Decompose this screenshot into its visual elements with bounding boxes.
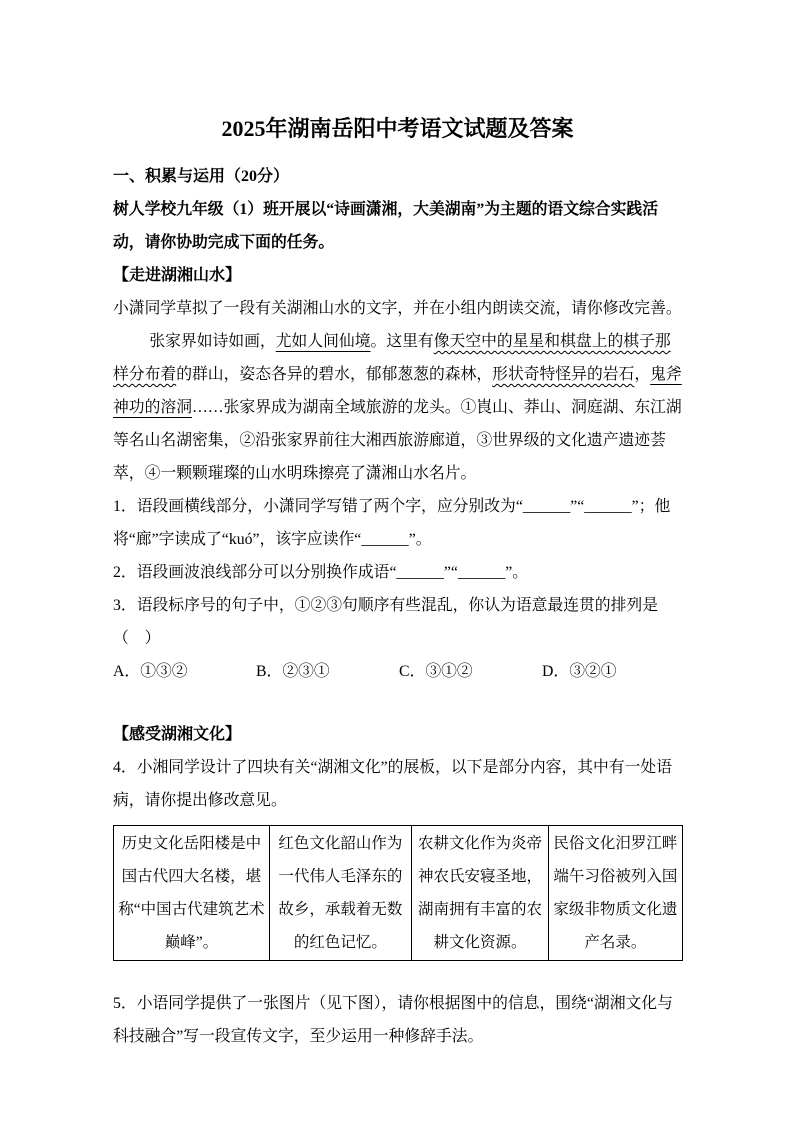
intro-paragraph: 树人学校九年级（1）班开展以“诗画潇湘，大美湖南”为主题的语文综合实践活动，请你… [113,193,682,259]
passage-segment: 张家界如诗如画， [149,333,275,350]
display-board-table: 历史文化岳阳楼是中国古代四大名楼，堪称“中国古代建筑艺术巅峰”。 红色文化韶山作… [113,825,683,961]
options-row: A．①③② B．②③① C．③①② D．③②① [113,655,682,688]
board-cell-folk-culture: 民俗文化汨罗江畔端午习俗被列入国家级非物质文化遗产名录。 [548,826,682,961]
question-1: 1．语段画横线部分，小潇同学写错了两个字，应分别改为“______”“_____… [113,490,682,556]
passage-segment: ， [634,366,650,383]
option-d: D．③②① [542,655,617,688]
question-3: 3．语段标序号的句子中，①②③句顺序有些混乱，你认为语意最连贯的排列是（ ） [113,589,682,655]
question-2: 2．语段画波浪线部分可以分别换作成语“______”“______”。 [113,556,682,589]
board-cell-farming-culture: 农耕文化作为炎帝神农氏安寝圣地，湖南拥有丰富的农耕文化资源。 [412,826,549,961]
option-c: C．③①② [399,655,542,688]
board-cell-history-culture: 历史文化岳阳楼是中国古代四大名楼，堪称“中国古代建筑艺术巅峰”。 [114,826,270,961]
part2-header: 【感受湖湘文化】 [113,718,682,751]
board-cell-red-culture: 红色文化韶山作为一代伟人毛泽东的故乡，承载着无数的红色记忆。 [269,826,411,961]
passage-segment-wavy: 形状奇特怪异的岩石 [492,366,634,383]
passage-segment: 的群山，姿态各异的碧水，郁郁葱葱的森林， [176,366,492,383]
passage-segment: 。这里有 [371,333,434,350]
part1-header: 【走进湖湘山水】 [113,259,682,292]
passage-segment: ……张家界成为湖南全域旅游的龙头。①崀山、莽山、洞庭湖、东江湖等名山名湖密集，②… [113,399,682,482]
option-b: B．②③① [256,655,399,688]
passage: 张家界如诗如画，尤如人间仙境。这里有像天空中的星星和棋盘上的棋子那样分布着的群山… [113,325,682,490]
table-row: 历史文化岳阳楼是中国古代四大名楼，堪称“中国古代建筑艺术巅峰”。 红色文化韶山作… [114,826,683,961]
question-4: 4．小湘同学设计了四块有关“湖湘文化”的展板，以下是部分内容，其中有一处语病，请… [113,751,682,817]
page-title: 2025年湖南岳阳中考语文试题及答案 [113,112,682,146]
question-5: 5．小语同学提供了一张图片（见下图），请你根据图中的信息，围绕“湖湘文化与科技融… [113,987,682,1053]
section-heading: 一、积累与运用（20分） [113,160,682,193]
passage-segment-underlined: 尤如人间仙境 [276,333,371,350]
exam-paper-page: 2025年湖南岳阳中考语文试题及答案 一、积累与运用（20分） 树人学校九年级（… [0,0,794,1123]
part1-lead: 小潇同学草拟了一段有关湖湘山水的文字，并在小组内朗读交流，请你修改完善。 [113,292,682,325]
option-a: A．①③② [113,655,256,688]
